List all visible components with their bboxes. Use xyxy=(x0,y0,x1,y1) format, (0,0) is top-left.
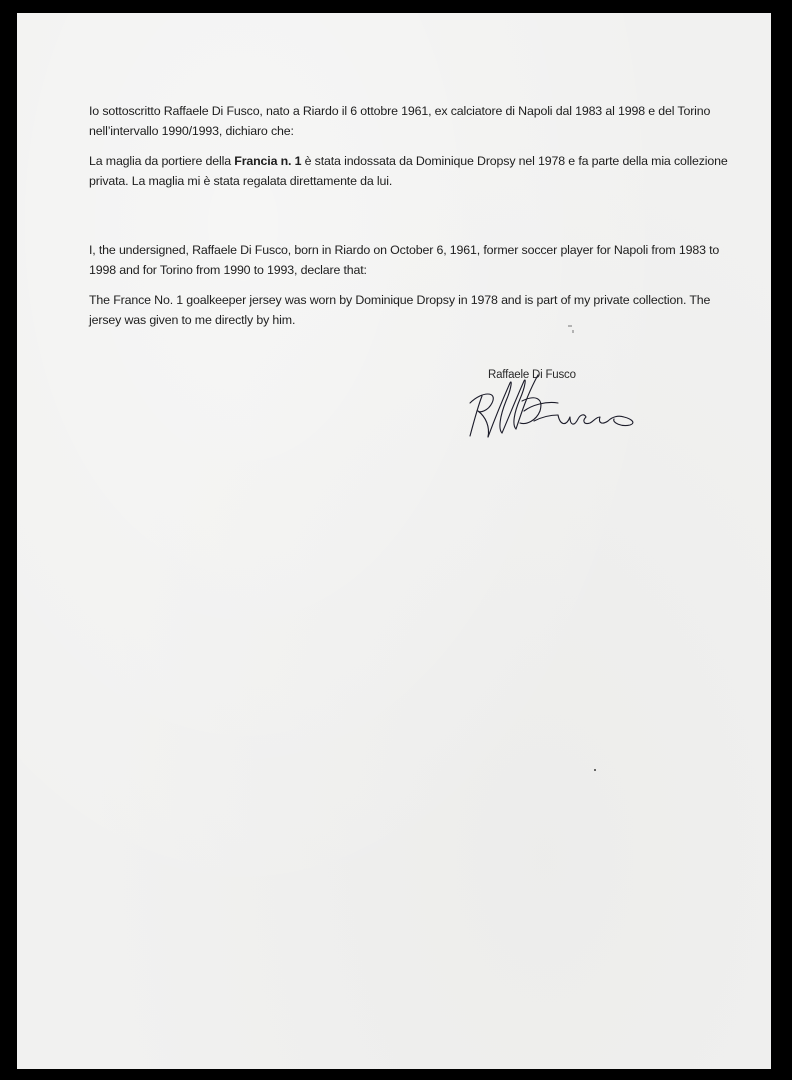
italian-statement: La maglia da portiere della Francia n. 1… xyxy=(89,151,729,191)
document-page: Io sottoscritto Raffaele Di Fusco, nato … xyxy=(17,13,771,1069)
english-declaration: I, the undersigned, Raffaele Di Fusco, b… xyxy=(89,240,729,280)
italian-statement-start: La maglia da portiere della xyxy=(89,154,234,168)
scan-artifact xyxy=(568,325,572,327)
handwritten-signature xyxy=(462,361,652,441)
scan-artifact xyxy=(594,769,596,771)
italian-statement-bold: Francia n. 1 xyxy=(234,154,301,168)
scan-artifact xyxy=(572,330,574,333)
english-statement: The France No. 1 goalkeeper jersey was w… xyxy=(89,290,729,330)
italian-declaration: Io sottoscritto Raffaele Di Fusco, nato … xyxy=(89,101,729,141)
